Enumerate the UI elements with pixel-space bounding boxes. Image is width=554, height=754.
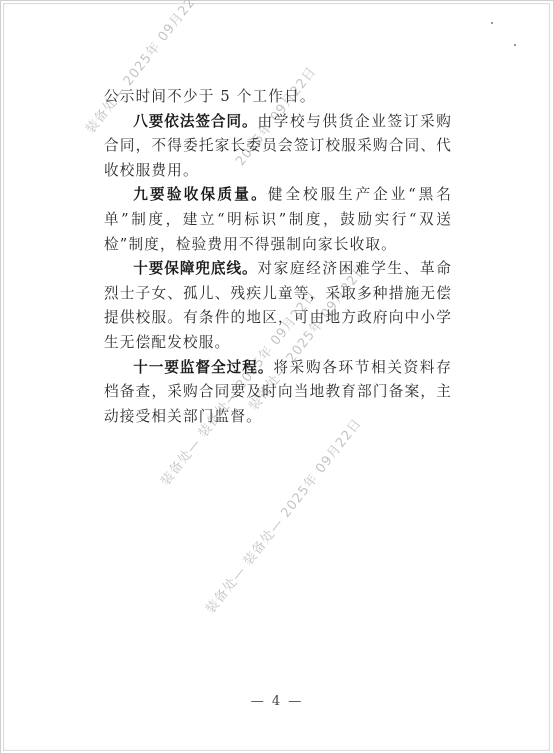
paragraph-contract: 八要依法签合同。由学校与供货企业签订采购合同，不得委托家长委员会签订校服采购合同… — [104, 110, 452, 184]
scan-speck — [514, 44, 516, 46]
scan-speck — [491, 22, 493, 24]
paragraph-safety-net: 十要保障兜底线。对家庭经济困难学生、革命烈士子女、孤儿、残疾儿童等，采取多种措施… — [104, 257, 452, 355]
paragraph-heading: 十一要监督全过程。 — [133, 359, 273, 376]
paragraph-heading: 八要依法签合同。 — [133, 113, 257, 130]
paragraph-heading: 十要保障兜底线。 — [133, 260, 257, 277]
paragraph-text: 公示时间不少于 5 个工作日。 — [104, 88, 316, 105]
paragraph-heading: 九要验收保质量。 — [133, 186, 268, 203]
paragraph-quality: 九要验收保质量。健全校服生产企业“黑名单”制度，建立“明标识”制度，鼓励实行“双… — [104, 183, 452, 257]
paragraph-publicity-period: 公示时间不少于 5 个工作日。 — [104, 85, 452, 110]
document-body: 公示时间不少于 5 个工作日。 八要依法签合同。由学校与供货企业签订采购合同，不… — [104, 85, 452, 429]
paragraph-supervision: 十一要监督全过程。将采购各环节相关资料存档备查，采购合同要及时向当地教育部门备案… — [104, 356, 452, 430]
page-number: — 4 — — [0, 694, 554, 709]
